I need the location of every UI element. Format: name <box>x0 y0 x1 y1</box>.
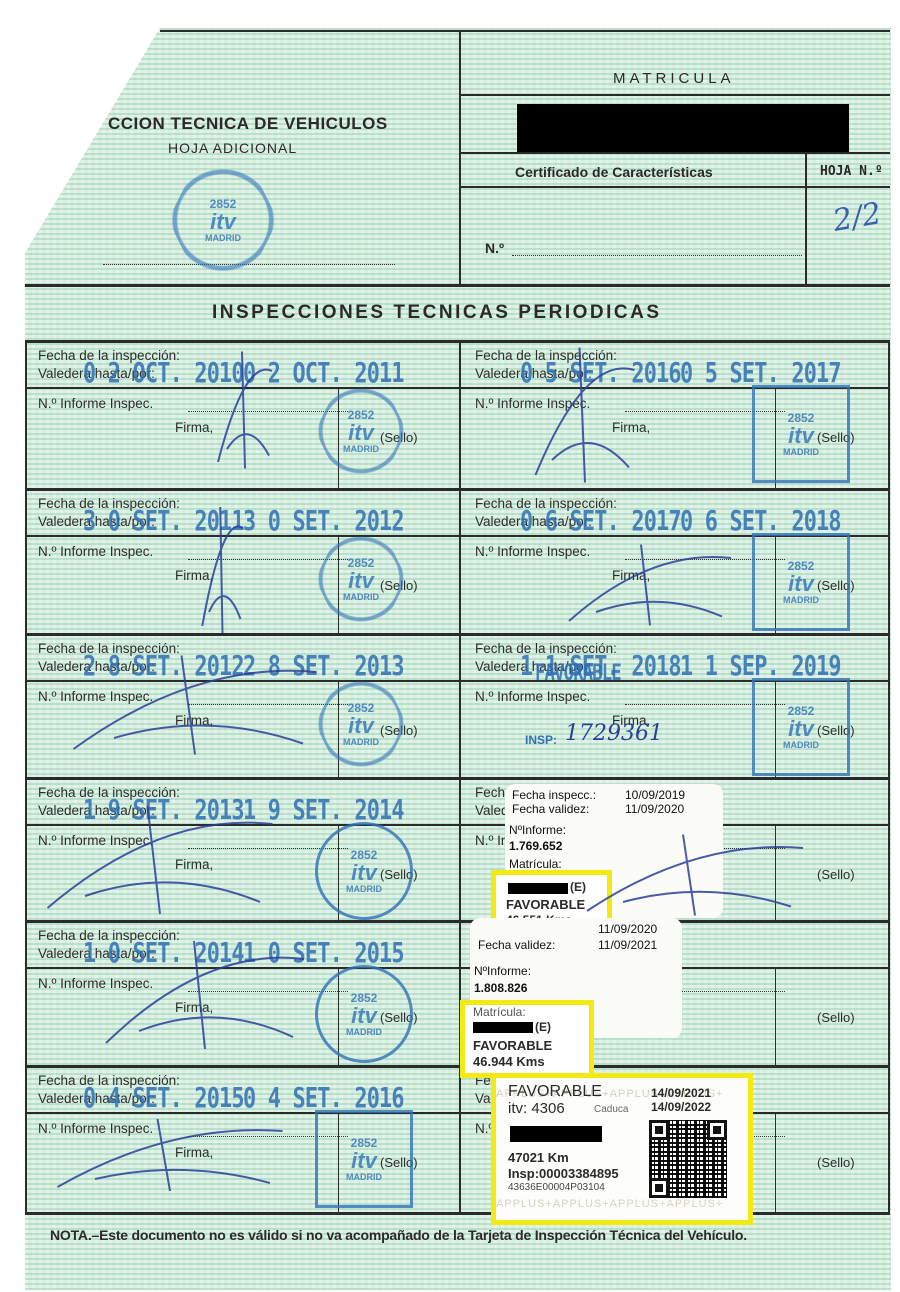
cert-bottom-rule <box>460 186 890 188</box>
fecha-inspecc-value: 10/09/2019 <box>625 788 685 802</box>
signature-scribble <box>575 830 815 920</box>
signature-scribble <box>530 340 640 490</box>
sello-divider <box>775 967 776 1065</box>
informe-value: 1.769.652 <box>509 839 562 853</box>
row-top-rule <box>25 920 890 923</box>
signature-scribble <box>45 1115 295 1195</box>
itv-logo-icon: itv <box>348 715 374 737</box>
row-top-rule <box>25 633 890 636</box>
result-favorable: FAVORABLE <box>473 1038 552 1053</box>
informe-value: 1.808.826 <box>474 981 527 995</box>
seal-city: MADRID <box>346 1027 382 1037</box>
numero-label: N.º <box>485 240 504 256</box>
seal-city: MADRID <box>343 737 379 747</box>
itv-station: itv: 4306 <box>508 1100 565 1117</box>
signature-scribble <box>560 540 740 630</box>
grid-bottom-rule <box>25 1212 890 1215</box>
sello-divider <box>775 1112 776 1212</box>
sello-label: (Sello) <box>817 1155 855 1170</box>
insp-stamp: INSP: <box>525 733 557 747</box>
seal-city: MADRID <box>346 884 382 894</box>
matricula-rule <box>460 94 890 96</box>
seal-city: MADRID <box>346 1172 382 1182</box>
matricula-redacted <box>473 1022 533 1033</box>
matricula-label: Matrícula: <box>473 1005 526 1019</box>
header-title: CCION TECNICA DE VEHICULOS <box>108 114 388 134</box>
inspection-date: 14/09/2021 <box>651 1086 711 1100</box>
itv-logo-icon: itv <box>210 211 236 233</box>
itv-seal: 2852itvMADRID <box>752 385 850 483</box>
itv-logo-icon: itv <box>348 570 374 592</box>
itv-logo-icon: itv <box>351 862 377 884</box>
matricula-redacted <box>517 104 849 152</box>
matricula-suffix: (E) <box>535 1020 551 1034</box>
insp-handwritten: 1729361 <box>565 721 663 746</box>
informe-label: N.º Informe Inspec. <box>475 689 590 704</box>
insp-number: Insp:00003384895 <box>508 1166 619 1181</box>
signature-scribble <box>35 800 285 920</box>
top-border <box>160 30 890 32</box>
informe-label: N.º Informe Inspec. <box>38 396 153 411</box>
qr-code-icon <box>649 1120 727 1198</box>
itv-seal: 2852itvMADRID <box>315 822 413 920</box>
itv-logo-icon: itv <box>351 1150 377 1172</box>
seal-city: MADRID <box>343 592 379 602</box>
expiry-date: 14/09/2022 <box>651 1100 711 1114</box>
itv-seal: 2852itvMADRID <box>315 965 413 1063</box>
itv-logo-icon: itv <box>788 425 814 447</box>
cert-top-rule <box>460 152 890 154</box>
fecha-validez-value: 11/09/2021 <box>598 938 657 952</box>
grid-left-border <box>25 340 27 1212</box>
fecha-validez-label: Fecha validez: <box>512 802 589 816</box>
header-bottom-rule <box>25 284 890 287</box>
seal-city: MADRID <box>205 233 241 243</box>
informe-label: NºInforme: <box>509 823 566 837</box>
matricula-redacted <box>510 1126 602 1142</box>
valedera-stamp: 3 0 SET. 2012 <box>243 504 404 537</box>
seal-city: MADRID <box>783 447 819 457</box>
signature-scribble <box>215 345 275 475</box>
matricula-redacted <box>508 883 568 894</box>
kms-value: 46.944 Kms <box>473 1054 545 1069</box>
result-favorable: FAVORABLE <box>508 1083 602 1101</box>
grid-right-border <box>888 340 890 1212</box>
signature-scribble <box>95 935 315 1055</box>
km-value: 47021 Km <box>508 1150 569 1165</box>
result-favorable: FAVORABLE <box>506 897 585 912</box>
label-code: 43636E00004P03104 <box>508 1182 605 1193</box>
header-divider <box>459 30 461 285</box>
itv-label-2021: APPLUS+APPLUS+APPLUS+APPLUS+ APPLUS+APPL… <box>491 1073 753 1225</box>
row-top-rule <box>25 1065 890 1068</box>
itv-seal: 2852itvMADRID <box>752 533 850 631</box>
informe-label: NºInforme: <box>474 964 531 978</box>
sello-label: (Sello) <box>817 867 855 882</box>
row-top-rule <box>25 340 890 343</box>
hoja-label: HOJA N.º <box>820 164 883 179</box>
signature-scribble <box>60 650 330 760</box>
itv-logo-icon: itv <box>788 718 814 740</box>
fecha-validez-value: 11/09/2020 <box>625 802 684 816</box>
numero-dotted-line <box>512 254 802 256</box>
firma-label: Firma, <box>175 420 213 435</box>
row-top-rule <box>25 488 890 491</box>
hoja-divider <box>805 152 807 285</box>
footer-note: NOTA.–Este documento no es válido si no … <box>50 1227 747 1243</box>
signature-scribble <box>200 500 245 640</box>
seal-city: MADRID <box>783 595 819 605</box>
matricula-label: MATRICULA <box>613 70 735 87</box>
grid-center-divider <box>459 340 461 1212</box>
applus-watermark: APPLUS+APPLUS+APPLUS+APPLUS+ <box>496 1198 748 1210</box>
section-title: INSPECCIONES TECNICAS PERIODICAS <box>212 302 662 324</box>
fecha-stamp: 0 4 SET. 2015 <box>83 1081 244 1114</box>
itv-seal: 2852itvMADRID <box>752 678 850 776</box>
seal-city: MADRID <box>783 740 819 750</box>
fecha-validez-label: Fecha validez: <box>478 938 555 952</box>
fecha-stamp: 0 6 SET. 2017 <box>520 504 681 537</box>
fecha-inspecc-value: 11/09/2020 <box>598 922 657 936</box>
matricula-label: Matrícula: <box>509 857 562 871</box>
itv-seal: 2852itvMADRID <box>315 1110 413 1208</box>
caduca-label: Caduca <box>594 1104 628 1115</box>
seal-city: MADRID <box>343 444 379 454</box>
row-top-rule <box>25 777 890 780</box>
header-subtitle: HOJA ADICIONAL <box>168 140 297 156</box>
itv-logo-icon: itv <box>351 1005 377 1027</box>
itv-logo-icon: itv <box>348 422 374 444</box>
fecha-inspecc-label: Fecha inspecc.: <box>512 788 596 802</box>
certificado-label: Certificado de Características <box>515 164 713 180</box>
itv-logo-icon: itv <box>788 573 814 595</box>
informe-label: N.º Informe Inspec. <box>38 544 153 559</box>
highlight-box-2020: Matrícula: (E) FAVORABLE 46.944 Kms <box>460 1000 594 1078</box>
favorable-stamp: FAVORABLE <box>535 661 621 686</box>
sello-label: (Sello) <box>817 1010 855 1025</box>
